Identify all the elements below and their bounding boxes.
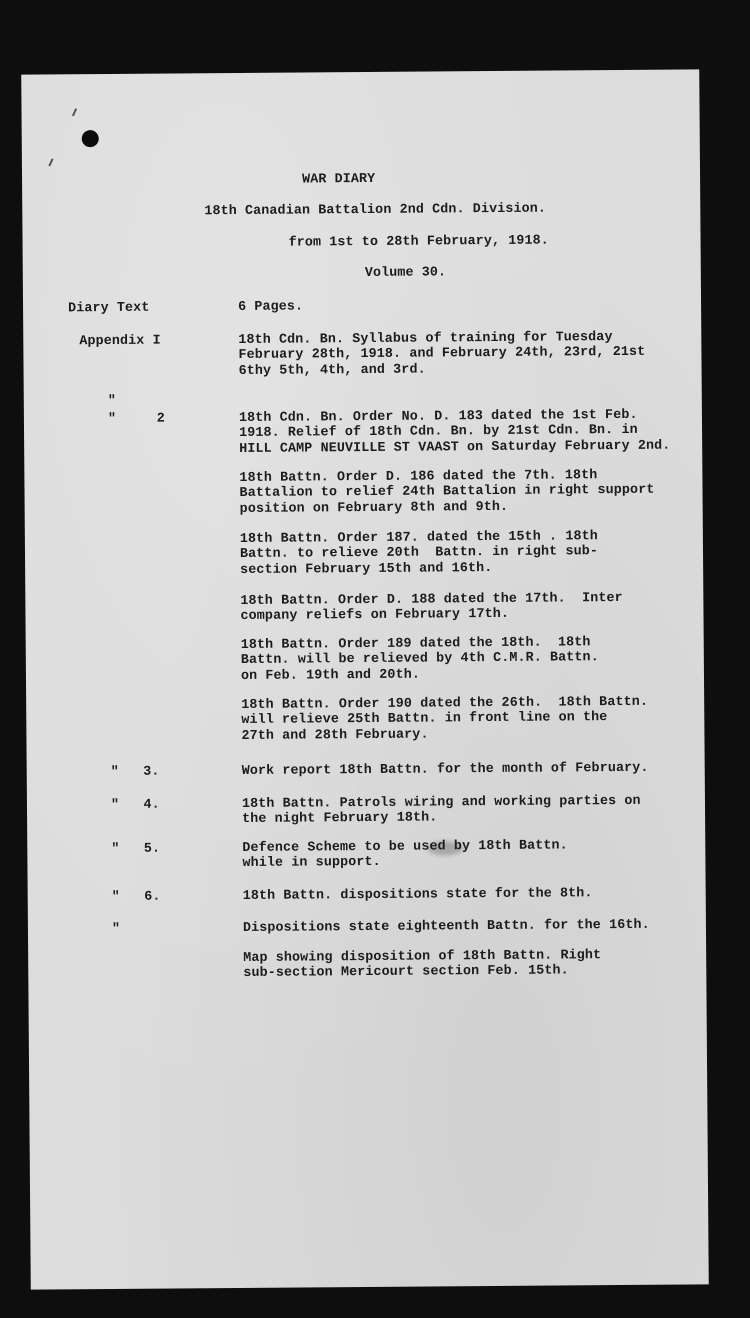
appendix-entry-line: February 28th, 1918. and February 24th, … bbox=[238, 345, 645, 364]
appendix-marker: Appendix I bbox=[79, 334, 160, 350]
paper-mark bbox=[48, 158, 53, 166]
appendix-entry-line: on Feb. 19th and 20th. bbox=[241, 667, 420, 684]
document-heading: WAR DIARY bbox=[302, 172, 375, 188]
appendix-entry-line: the night February 18th. bbox=[242, 811, 437, 828]
punch-hole bbox=[82, 130, 99, 147]
appendix-entry-line: sub-section Mericourt section Feb. 15th. bbox=[243, 964, 569, 982]
appendix-marker: " 5. bbox=[111, 842, 160, 858]
appendix-list bbox=[21, 69, 699, 74]
appendix-entry-line: Defence Scheme to be used by 18th Battn. bbox=[242, 838, 568, 856]
appendix-entry-line: 27th and 28th February. bbox=[241, 727, 428, 744]
paper-mark bbox=[72, 108, 77, 116]
appendix-entry-line: Battn. to relieve 20th Battn. in right s… bbox=[240, 545, 598, 563]
diary-text-label: Diary Text bbox=[68, 301, 149, 317]
appendix-entry-line: Battn. will be relieved by 4th C.M.R. Ba… bbox=[241, 651, 599, 669]
appendix-entry-line: 18th Battn. dispositions state for the 8… bbox=[243, 886, 593, 904]
appendix-entry-line: 18th Battn. Patrols wiring and working p… bbox=[242, 794, 641, 813]
appendix-marker: " 4. bbox=[111, 798, 160, 814]
appendix-entry-line: Battalion to relief 24th Battalion in ri… bbox=[239, 483, 654, 502]
unit-title: 18th Canadian Battalion 2nd Cdn. Divisio… bbox=[204, 202, 546, 220]
appendix-marker: " 6. bbox=[112, 890, 161, 906]
volume-line: Volume 30. bbox=[365, 265, 446, 281]
period-line: from 1st to 28th February, 1918. bbox=[289, 234, 549, 251]
document-page: WAR DIARY 18th Canadian Battalion 2nd Cd… bbox=[21, 69, 709, 1289]
appendix-marker: " bbox=[112, 922, 120, 937]
appendix-entry-line: Dispositions state eighteenth Battn. for… bbox=[243, 918, 650, 937]
appendix-entry-line: Work report 18th Battn. for the month of… bbox=[242, 761, 649, 780]
appendix-marker: " 2 bbox=[108, 412, 165, 428]
appendix-marker: " 3. bbox=[111, 765, 160, 781]
appendix-entry-line: will relieve 25th Battn. in front line o… bbox=[241, 710, 607, 728]
appendix-entry-line: while in support. bbox=[242, 855, 380, 871]
appendix-entry-line: position on February 8th and 9th. bbox=[240, 500, 509, 518]
appendix-entry-line: section February 15th and 16th. bbox=[240, 561, 492, 578]
appendix-entry-line: company reliefs on February 17th. bbox=[240, 607, 509, 625]
appendix-entry-line: 6thy 5th, 4th, and 3rd. bbox=[239, 362, 426, 379]
appendix-entry-line: HILL CAMP NEUVILLE ST VAAST on Saturday … bbox=[239, 438, 670, 457]
diary-text-pages: 6 Pages. bbox=[238, 299, 303, 315]
appendix-entry-line: 18th Battn. Order D. 188 dated the 17th.… bbox=[240, 591, 622, 609]
ditto-mark: " bbox=[108, 394, 116, 409]
